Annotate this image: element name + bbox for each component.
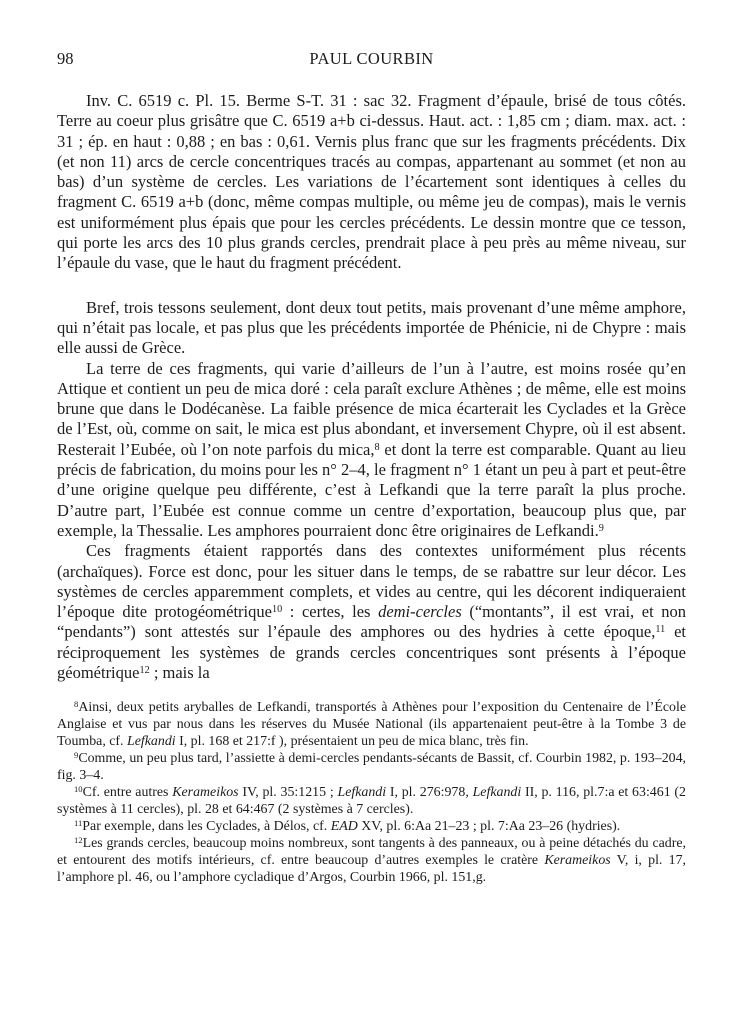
text-run: Comme, un peu plus tard, l’assiette à de… (57, 751, 686, 783)
paragraph-contextes: Ces fragments étaient rapportés dans des… (57, 541, 686, 683)
running-head: PAUL COURBIN (57, 50, 686, 67)
footnote-ref: 9 (599, 523, 604, 534)
footnote-ref: 12 (139, 665, 149, 676)
italic-term: Kerameikos (544, 853, 610, 868)
text-run: XV, pl. 6:Aa 21–23 ; pl. 7:Aa 23–26 (hyd… (358, 819, 620, 834)
footnote-9: 9Comme, un peu plus tard, l’assiette à d… (57, 750, 686, 784)
text-run: ; mais la (150, 663, 210, 682)
footnote-number: 10 (74, 784, 83, 794)
footnote-12: 12Les grands cercles, beaucoup moins nom… (57, 835, 686, 886)
footnote-ref: 8 (375, 442, 380, 453)
footnote-11: 11Par exemple, dans les Cyclades, à Délo… (57, 818, 686, 835)
italic-term: Lefkandi (473, 785, 522, 800)
text-run: Bref, trois tessons seulement, dont deux… (57, 298, 686, 358)
italic-term: Lefkandi (337, 785, 386, 800)
page-header: 98 PAUL COURBIN (57, 50, 686, 70)
italic-term: Lefkandi (127, 734, 176, 749)
text-run: : certes, les (282, 602, 378, 621)
text-run: I, pl. 168 et 217:f ), présentaient un p… (176, 734, 529, 749)
italic-term: EAD (331, 819, 358, 834)
footnotes: 8Ainsi, deux petits aryballes de Lefkand… (57, 699, 686, 886)
paragraph-inventory: Inv. C. 6519 c. Pl. 15. Berme S-T. 31 : … (57, 91, 686, 274)
paragraph-bref: Bref, trois tessons seulement, dont deux… (57, 298, 686, 359)
footnote-number: 11 (74, 818, 82, 828)
page-number: 98 (57, 50, 74, 67)
paragraph-terre: La terre de ces fragments, qui varie d’a… (57, 359, 686, 542)
footnote-10: 10Cf. entre autres Kerameikos IV, pl. 35… (57, 784, 686, 818)
footnote-number: 9 (74, 750, 78, 760)
italic-term: Kerameikos (172, 785, 238, 800)
body-paragraphs: Inv. C. 6519 c. Pl. 15. Berme S-T. 31 : … (57, 91, 686, 683)
text-run: Inv. C. 6519 c. Pl. 15. Berme S-T. 31 : … (57, 91, 686, 272)
text-run: IV, pl. 35:1215 ; (239, 785, 338, 800)
page: 98 PAUL COURBIN Inv. C. 6519 c. Pl. 15. … (0, 0, 743, 1024)
footnote-number: 12 (74, 835, 83, 845)
footnote-ref: 11 (655, 624, 665, 635)
text-run: Par exemple, dans les Cyclades, à Délos,… (82, 819, 330, 834)
footnote-number: 8 (74, 699, 78, 709)
footnote-8: 8Ainsi, deux petits aryballes de Lefkand… (57, 699, 686, 750)
text-run: Cf. entre autres (83, 785, 173, 800)
footnote-ref: 10 (272, 604, 282, 615)
text-run: I, pl. 276:978, (386, 785, 472, 800)
italic-term: demi-cercles (378, 602, 462, 621)
